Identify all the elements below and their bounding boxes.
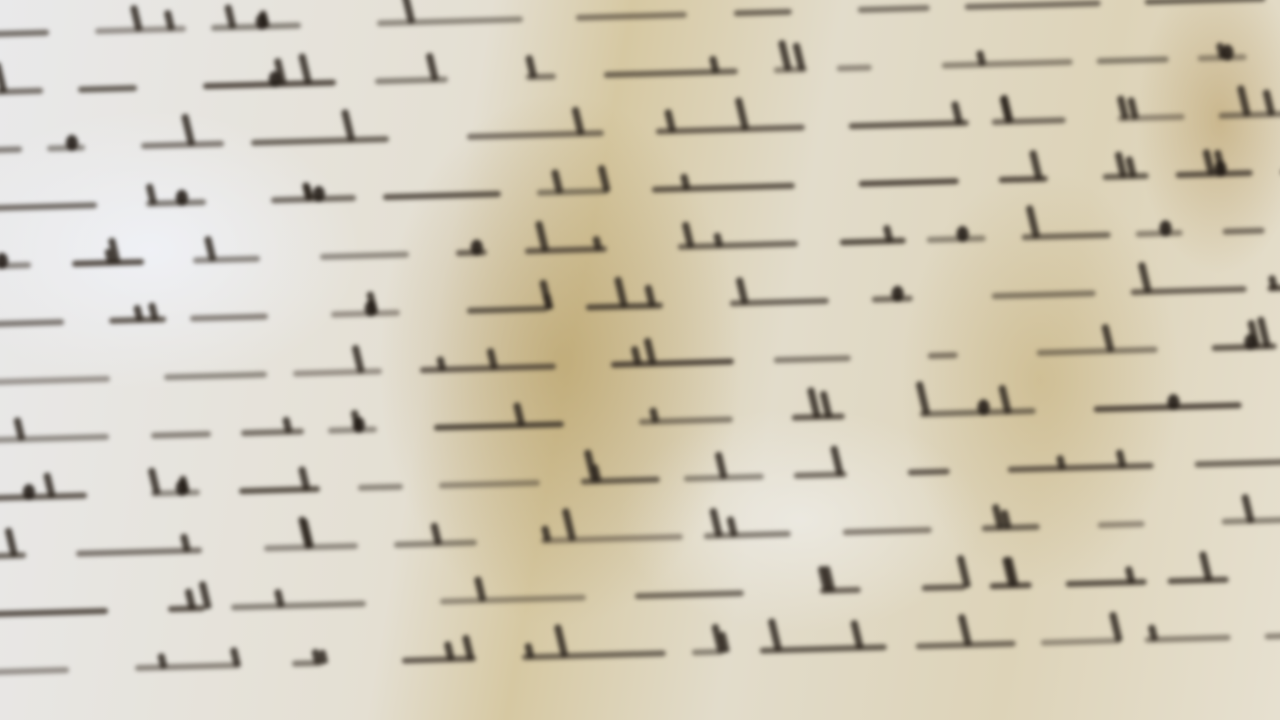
script-lines: [0, 0, 1280, 720]
manuscript-photo: Blurred, slightly tilted rows of handwri…: [0, 0, 1280, 720]
